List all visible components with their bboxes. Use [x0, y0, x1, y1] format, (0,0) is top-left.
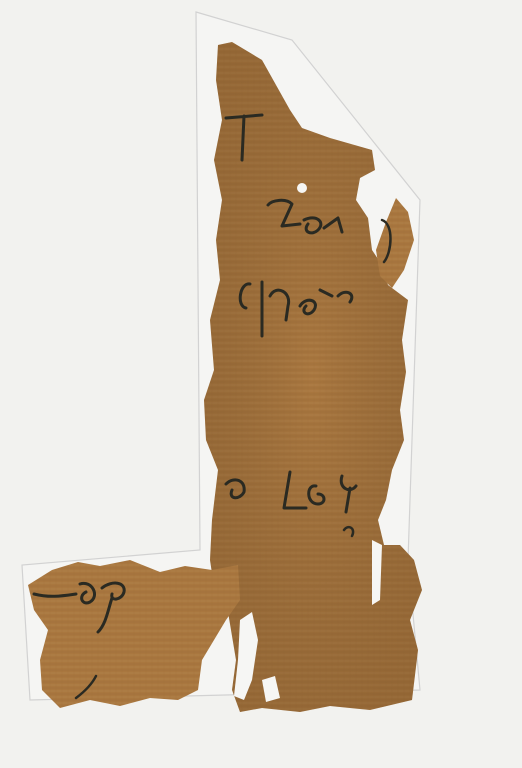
papyrus-illustration — [0, 0, 522, 768]
photo-scene — [0, 0, 522, 768]
papyrus-hole — [297, 183, 307, 193]
